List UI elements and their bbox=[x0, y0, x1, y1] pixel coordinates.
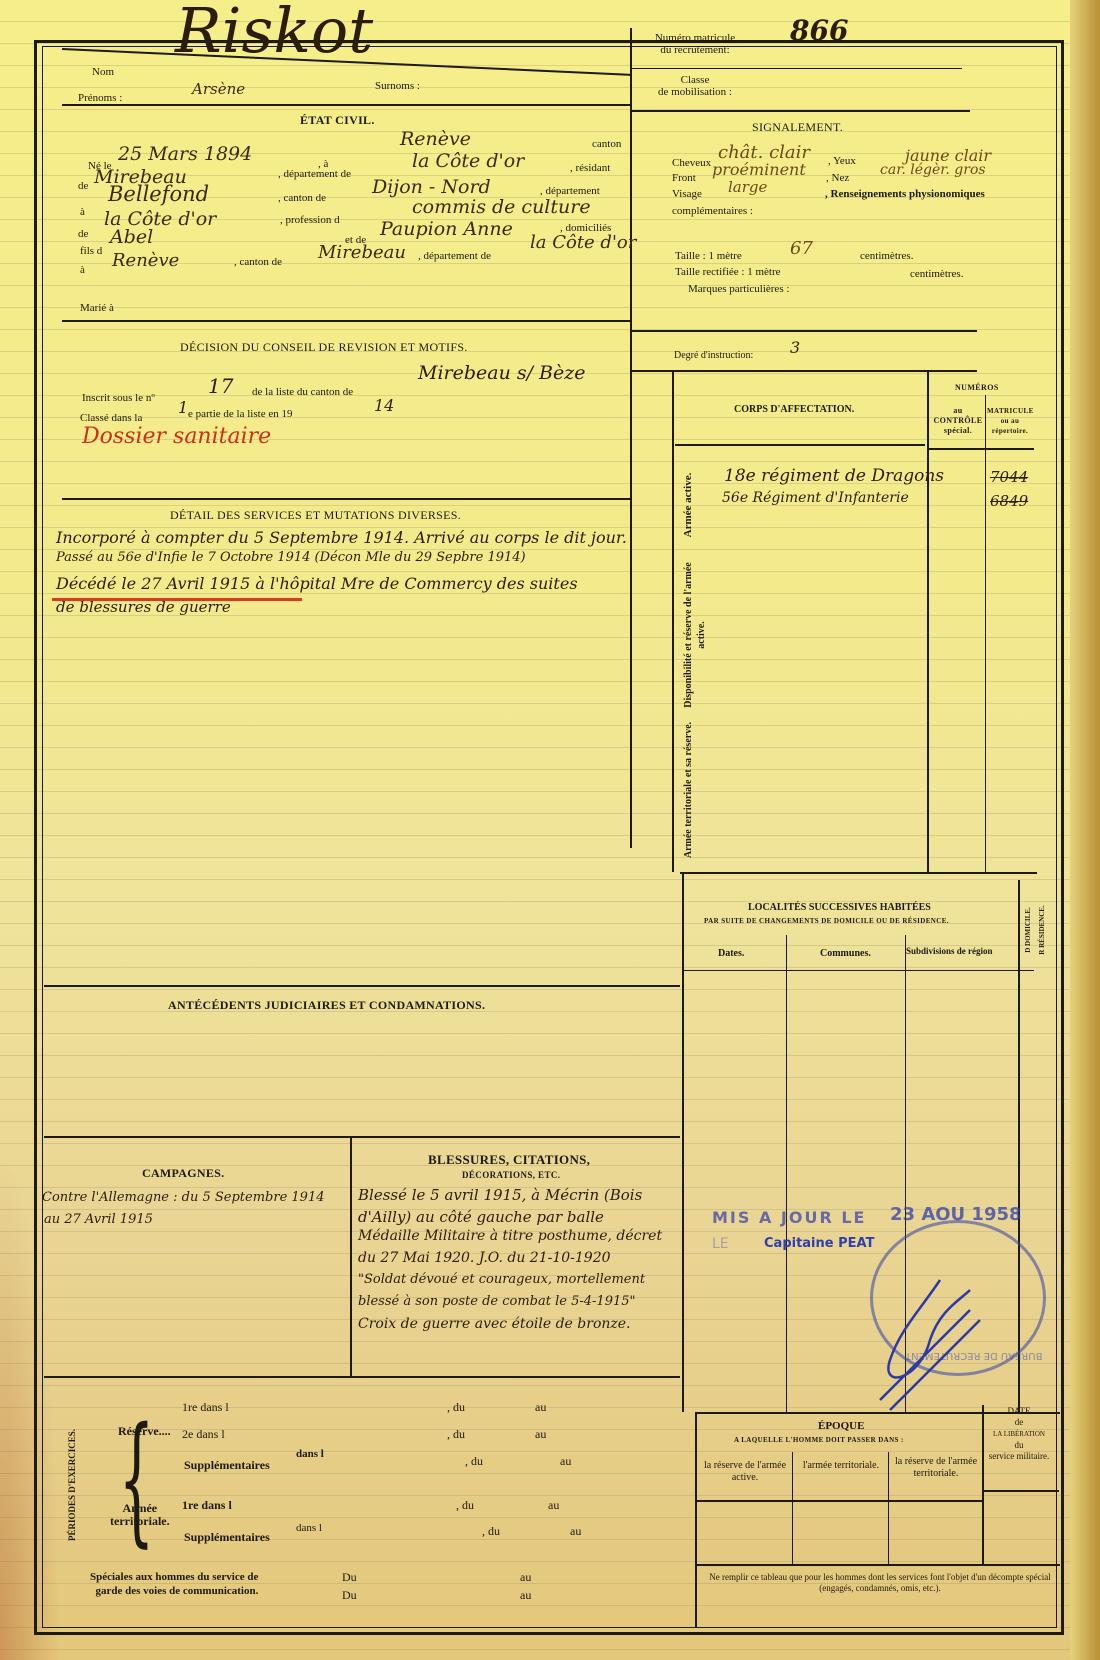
dossier-sanitaire-note: Dossier sanitaire bbox=[82, 424, 271, 449]
col-divider bbox=[792, 1452, 793, 1564]
classe-dans-label: Classé dans la bbox=[80, 412, 142, 424]
services-title: DÉTAIL DES SERVICES ET MUTATIONS DIVERSE… bbox=[170, 508, 461, 523]
matricule-header: MATRICULEou aurépertoire. bbox=[987, 406, 1033, 436]
visage-value: large bbox=[728, 178, 767, 196]
numeros-title: NUMÉROS bbox=[955, 383, 999, 392]
divider bbox=[44, 1136, 680, 1138]
stamp-le: LE bbox=[712, 1236, 729, 1252]
birth-place: Renève bbox=[400, 128, 471, 150]
residence-canton: Dijon - Nord bbox=[372, 176, 491, 198]
nez-value: car. légèr. gros bbox=[880, 162, 986, 178]
conseil-title: DÉCISION DU CONSEIL DE REVISION ET MOTIF… bbox=[180, 340, 468, 355]
divider bbox=[632, 330, 977, 332]
corps-affectation-title: CORPS D'AFFECTATION. bbox=[734, 404, 854, 415]
service-line-3: Décédé le 27 Avril 1915 à l'hôpital Mre … bbox=[56, 574, 578, 593]
numeros-subdivider bbox=[985, 395, 986, 872]
front-value: proéminent bbox=[712, 160, 806, 179]
col-divider bbox=[888, 1452, 889, 1564]
front-label: Front bbox=[672, 172, 696, 184]
divider bbox=[62, 320, 630, 322]
marques-label: Marques particulières : bbox=[688, 283, 789, 295]
divider bbox=[684, 970, 1034, 971]
prenoms-label: Prénoms : bbox=[78, 92, 122, 104]
blessure-line-2: d'Ailly) au côté gauche par balle bbox=[358, 1208, 604, 1226]
reserve-2e-du: , du bbox=[447, 1427, 465, 1442]
campagnes-divider bbox=[350, 1136, 352, 1376]
page-edge bbox=[1070, 0, 1100, 1660]
unit-2-name: 56e Régiment d'Infanterie bbox=[722, 490, 909, 506]
epoque-title: ÉPOQUE bbox=[818, 1420, 864, 1432]
territoriale-supp-au: au bbox=[570, 1524, 581, 1539]
reserve-1re-label: 1re dans l bbox=[182, 1400, 229, 1415]
canton-de-label: , canton de bbox=[278, 192, 326, 204]
canton-prefix: de bbox=[78, 180, 88, 192]
blessure-line-6: blessé à son poste de combat le 5-4-1915… bbox=[358, 1294, 635, 1309]
canton-label: canton bbox=[592, 138, 621, 150]
divider bbox=[62, 104, 630, 106]
col-domicile: D DOMICILE. bbox=[1022, 900, 1035, 960]
blessure-line-3: Médaille Militaire à titre posthume, déc… bbox=[358, 1228, 662, 1244]
partie-label: e partie de la liste en 19 bbox=[188, 408, 292, 420]
nez-label: , Nez bbox=[826, 172, 849, 184]
divider bbox=[632, 110, 970, 112]
epoque-note: Ne remplir ce tableau que pour les homme… bbox=[700, 1572, 1060, 1594]
column-divider bbox=[630, 28, 632, 848]
parents-canton-label: , canton de bbox=[234, 256, 282, 268]
controle-3: spécial. bbox=[944, 426, 972, 435]
speciales-du-2: Du bbox=[342, 1588, 357, 1603]
parents-dept-label: , département de bbox=[418, 250, 491, 262]
reserve-supp-dans: dans l bbox=[296, 1448, 324, 1460]
classe-label-1: Classe bbox=[681, 74, 710, 86]
surnoms-label: Surnoms : bbox=[375, 80, 420, 92]
conseil-canton-value: Mirebeau s/ Bèze bbox=[418, 362, 586, 384]
reserve-label: Réserve.... bbox=[118, 1424, 171, 1439]
armee-active-label: Armée active. bbox=[682, 460, 695, 550]
date-4: du bbox=[1015, 1440, 1024, 1450]
localites-left-border bbox=[682, 872, 684, 1412]
periodes-exercices-label: PÉRIODES D'EXERCICES. bbox=[66, 1410, 79, 1560]
parents-departement: la Côte d'or bbox=[530, 232, 636, 253]
prenoms-value: Arsène bbox=[192, 80, 245, 98]
inscrit-label: Inscrit sous le nº bbox=[82, 392, 155, 404]
parents-canton: Mirebeau bbox=[318, 242, 406, 263]
divider bbox=[697, 1564, 1060, 1566]
degre-instruction-value: 3 bbox=[790, 338, 800, 357]
divider bbox=[675, 444, 925, 446]
unit-2-matricule: 6849 bbox=[990, 492, 1028, 510]
territoriale-label: Armée territoriale et sa réserve. bbox=[682, 720, 695, 860]
epoque-col-reserve-territoriale: la réserve de l'armée territoriale. bbox=[892, 1456, 980, 1480]
taille-value: 67 bbox=[790, 238, 813, 259]
visage-label: Visage bbox=[672, 188, 702, 200]
speciales-au-2: au bbox=[520, 1588, 531, 1603]
controle-2: CONTRÔLE bbox=[934, 416, 983, 425]
divider bbox=[62, 498, 630, 500]
birth-departement: la Côte d'or bbox=[412, 150, 524, 172]
col-divider bbox=[786, 935, 787, 1412]
localites-title: LOCALITÉS SUCCESSIVES HABITÉES bbox=[748, 902, 931, 913]
speciales-du-1: Du bbox=[342, 1570, 357, 1585]
nom-label: Nom bbox=[92, 66, 114, 78]
col-communes: Communes. bbox=[820, 948, 871, 959]
col-dates: Dates. bbox=[718, 948, 744, 959]
profession-label: , profession d bbox=[280, 214, 340, 226]
residence-prefix: à bbox=[80, 206, 85, 218]
epoque-col-territoriale: l'armée territoriale. bbox=[796, 1460, 886, 1472]
matricule-col-1: MATRICULE bbox=[987, 407, 1034, 415]
localites-subtitle: PAR SUITE DE CHANGEMENTS DE DOMICILE OU … bbox=[704, 917, 949, 925]
yeux-label: , Yeux bbox=[828, 155, 856, 167]
matricule-label: Numéro matriculedu recrutement: bbox=[640, 32, 750, 56]
blessure-line-4: du 27 Mai 1920. J.O. du 21-10-1920 bbox=[358, 1250, 611, 1266]
reserve-2e-label: 2e dans l bbox=[182, 1427, 225, 1442]
blessure-line-5: "Soldat dévoué et courageux, mortellemen… bbox=[358, 1272, 645, 1287]
degre-instruction-label: Degré d'instruction: bbox=[674, 350, 753, 361]
territoriale-1re-du: , du bbox=[456, 1498, 474, 1513]
matricule-value: 866 bbox=[790, 14, 848, 47]
territoriale-2: territoriale. bbox=[110, 1514, 170, 1528]
territoriale-1re-au: au bbox=[548, 1498, 559, 1513]
taille-rectifiee-label: Taille rectifiée : 1 mètre bbox=[675, 266, 781, 278]
epoque-subtitle: A LAQUELLE L'HOMME DOIT PASSER DANS : bbox=[734, 1436, 904, 1444]
blessure-line-7: Croix de guerre avec étoile de bronze. bbox=[358, 1316, 631, 1332]
speciales-1: Spéciales aux hommes du service de bbox=[90, 1571, 258, 1583]
divider bbox=[632, 68, 962, 69]
row-label-divider bbox=[672, 372, 674, 872]
parents-prefix: à bbox=[80, 264, 85, 276]
classe-label: Classede mobilisation : bbox=[640, 74, 750, 98]
divider bbox=[44, 1376, 680, 1378]
registre-matricule-page: Riskot Nom Prénoms : Arsène Surnoms : Nu… bbox=[0, 0, 1100, 1660]
divider bbox=[44, 985, 680, 987]
divider bbox=[682, 872, 1037, 874]
date-3: LA LIBÉRATION bbox=[993, 1430, 1045, 1438]
campagnes-title: CAMPAGNES. bbox=[142, 1166, 224, 1181]
fils-label: fils d bbox=[80, 245, 102, 257]
disponibilite-label: Disponibilité et réserve de l'armée acti… bbox=[682, 550, 708, 720]
residence-dept-prefix: de bbox=[78, 228, 88, 240]
divider bbox=[984, 1490, 1059, 1492]
signature-icon bbox=[860, 1270, 990, 1420]
territoriale-supp-dans: dans l bbox=[296, 1522, 322, 1534]
col-subdivisions: Subdivisions de région bbox=[906, 946, 993, 956]
campagne-line-2: au 27 Avril 1915 bbox=[44, 1212, 153, 1227]
territoriale-1re-label: 1re dans l bbox=[182, 1498, 232, 1513]
service-line-4: de blessures de guerre bbox=[56, 598, 231, 616]
etat-civil-title: ÉTAT CIVIL. bbox=[300, 113, 375, 128]
controle-1: au bbox=[953, 406, 962, 415]
divider bbox=[632, 370, 977, 372]
cheveux-label: Cheveux bbox=[672, 157, 711, 169]
territoriale-supp-label: Supplémentaires bbox=[184, 1530, 270, 1545]
service-line-1: Incorporé à compter du 5 Septembre 1914.… bbox=[56, 528, 627, 547]
matricule-col-3: répertoire. bbox=[992, 427, 1028, 435]
reserve-supp-label: Supplémentaires bbox=[184, 1458, 270, 1473]
divider bbox=[929, 448, 1034, 450]
date-liberation-header: DATEdeLA LIBÉRATIONduservice militaire. bbox=[984, 1406, 1054, 1462]
reserve-supp-au: au bbox=[560, 1454, 571, 1469]
parents-place: Renève bbox=[112, 250, 179, 271]
classe-partie-value: 1 bbox=[178, 398, 188, 417]
complementaires-label: complémentaires : bbox=[672, 205, 753, 217]
reserve-1re-au: au bbox=[535, 1400, 546, 1415]
service-line-2: Passé au 56e d'Infie le 7 Octobre 1914 (… bbox=[56, 550, 526, 565]
blessures-subtitle: DÉCORATIONS, ETC. bbox=[462, 1170, 560, 1180]
marie-label: Marié à bbox=[80, 302, 114, 314]
speciales-label: Spéciales aux hommes du service degarde … bbox=[90, 1570, 258, 1598]
birth-date: 25 Mars 1894 bbox=[118, 143, 252, 165]
taille-label: Taille : 1 mètre bbox=[675, 250, 742, 262]
controle-header: auCONTRÔLEspécial. bbox=[933, 406, 983, 436]
divider bbox=[697, 1500, 982, 1502]
date-1: DATE bbox=[1008, 1406, 1031, 1416]
stamp-mis-a-jour: MIS A JOUR LE bbox=[712, 1208, 866, 1227]
speciales-2: garde des voies de communication. bbox=[96, 1585, 259, 1597]
reserve-2e-au: au bbox=[535, 1427, 546, 1442]
departement-label: , département de bbox=[278, 168, 351, 180]
territoriale-1: Armée bbox=[122, 1501, 157, 1515]
classe-label-2: de mobilisation : bbox=[658, 86, 732, 98]
signalement-title: SIGNALEMENT. bbox=[752, 120, 843, 135]
mother-name: Paupion Anne bbox=[380, 218, 513, 240]
inscrit-value: 17 bbox=[208, 374, 233, 398]
centimetres-label-2: centimètres. bbox=[910, 268, 963, 280]
unit-1-matricule: 7044 bbox=[990, 468, 1028, 486]
epoque-left-border bbox=[695, 1412, 697, 1628]
col-residence: R RÉSIDENCE. bbox=[1036, 900, 1049, 960]
numeros-divider bbox=[927, 372, 929, 872]
blessures-title: BLESSURES, CITATIONS, bbox=[428, 1152, 590, 1168]
centimetres-label: centimètres. bbox=[860, 250, 913, 262]
reserve-supp-du: , du bbox=[465, 1454, 483, 1469]
territoriale-label-group: Arméeterritoriale. bbox=[110, 1502, 170, 1528]
residant-label: , résidant bbox=[570, 162, 610, 174]
matricule-label-1: Numéro matricule bbox=[655, 32, 735, 44]
annee-value: 14 bbox=[374, 396, 394, 415]
stamp-officer: Capitaine PEAT bbox=[764, 1236, 874, 1251]
residence-value: Bellefond bbox=[108, 182, 209, 206]
liste-canton-label: de la liste du canton de bbox=[252, 386, 353, 398]
territoriale-supp-du: , du bbox=[482, 1524, 500, 1539]
profession-value: commis de culture bbox=[412, 196, 591, 218]
antecedents-title: ANTÉCÉDENTS JUDICIAIRES ET CONDAMNATIONS… bbox=[168, 998, 485, 1013]
renseignements-label: , Renseignements physionomiques bbox=[825, 188, 985, 200]
speciales-au-1: au bbox=[520, 1570, 531, 1585]
matricule-label-2: du recrutement: bbox=[660, 44, 729, 56]
father-name: Abel bbox=[110, 226, 153, 248]
blessure-line-1: Blessé le 5 avril 1915, à Mécrin (Bois bbox=[358, 1186, 642, 1204]
epoque-col-reserve-active: la réserve de l'armée active. bbox=[700, 1460, 790, 1484]
matricule-col-2: ou au bbox=[1001, 417, 1020, 425]
reserve-1re-du: , du bbox=[447, 1400, 465, 1415]
date-5: service militaire. bbox=[989, 1451, 1049, 1461]
campagne-line-1: Contre l'Allemagne : du 5 Septembre 1914 bbox=[42, 1190, 325, 1205]
unit-1-name: 18e régiment de Dragons bbox=[724, 466, 944, 486]
date-2: de bbox=[1015, 1417, 1024, 1427]
